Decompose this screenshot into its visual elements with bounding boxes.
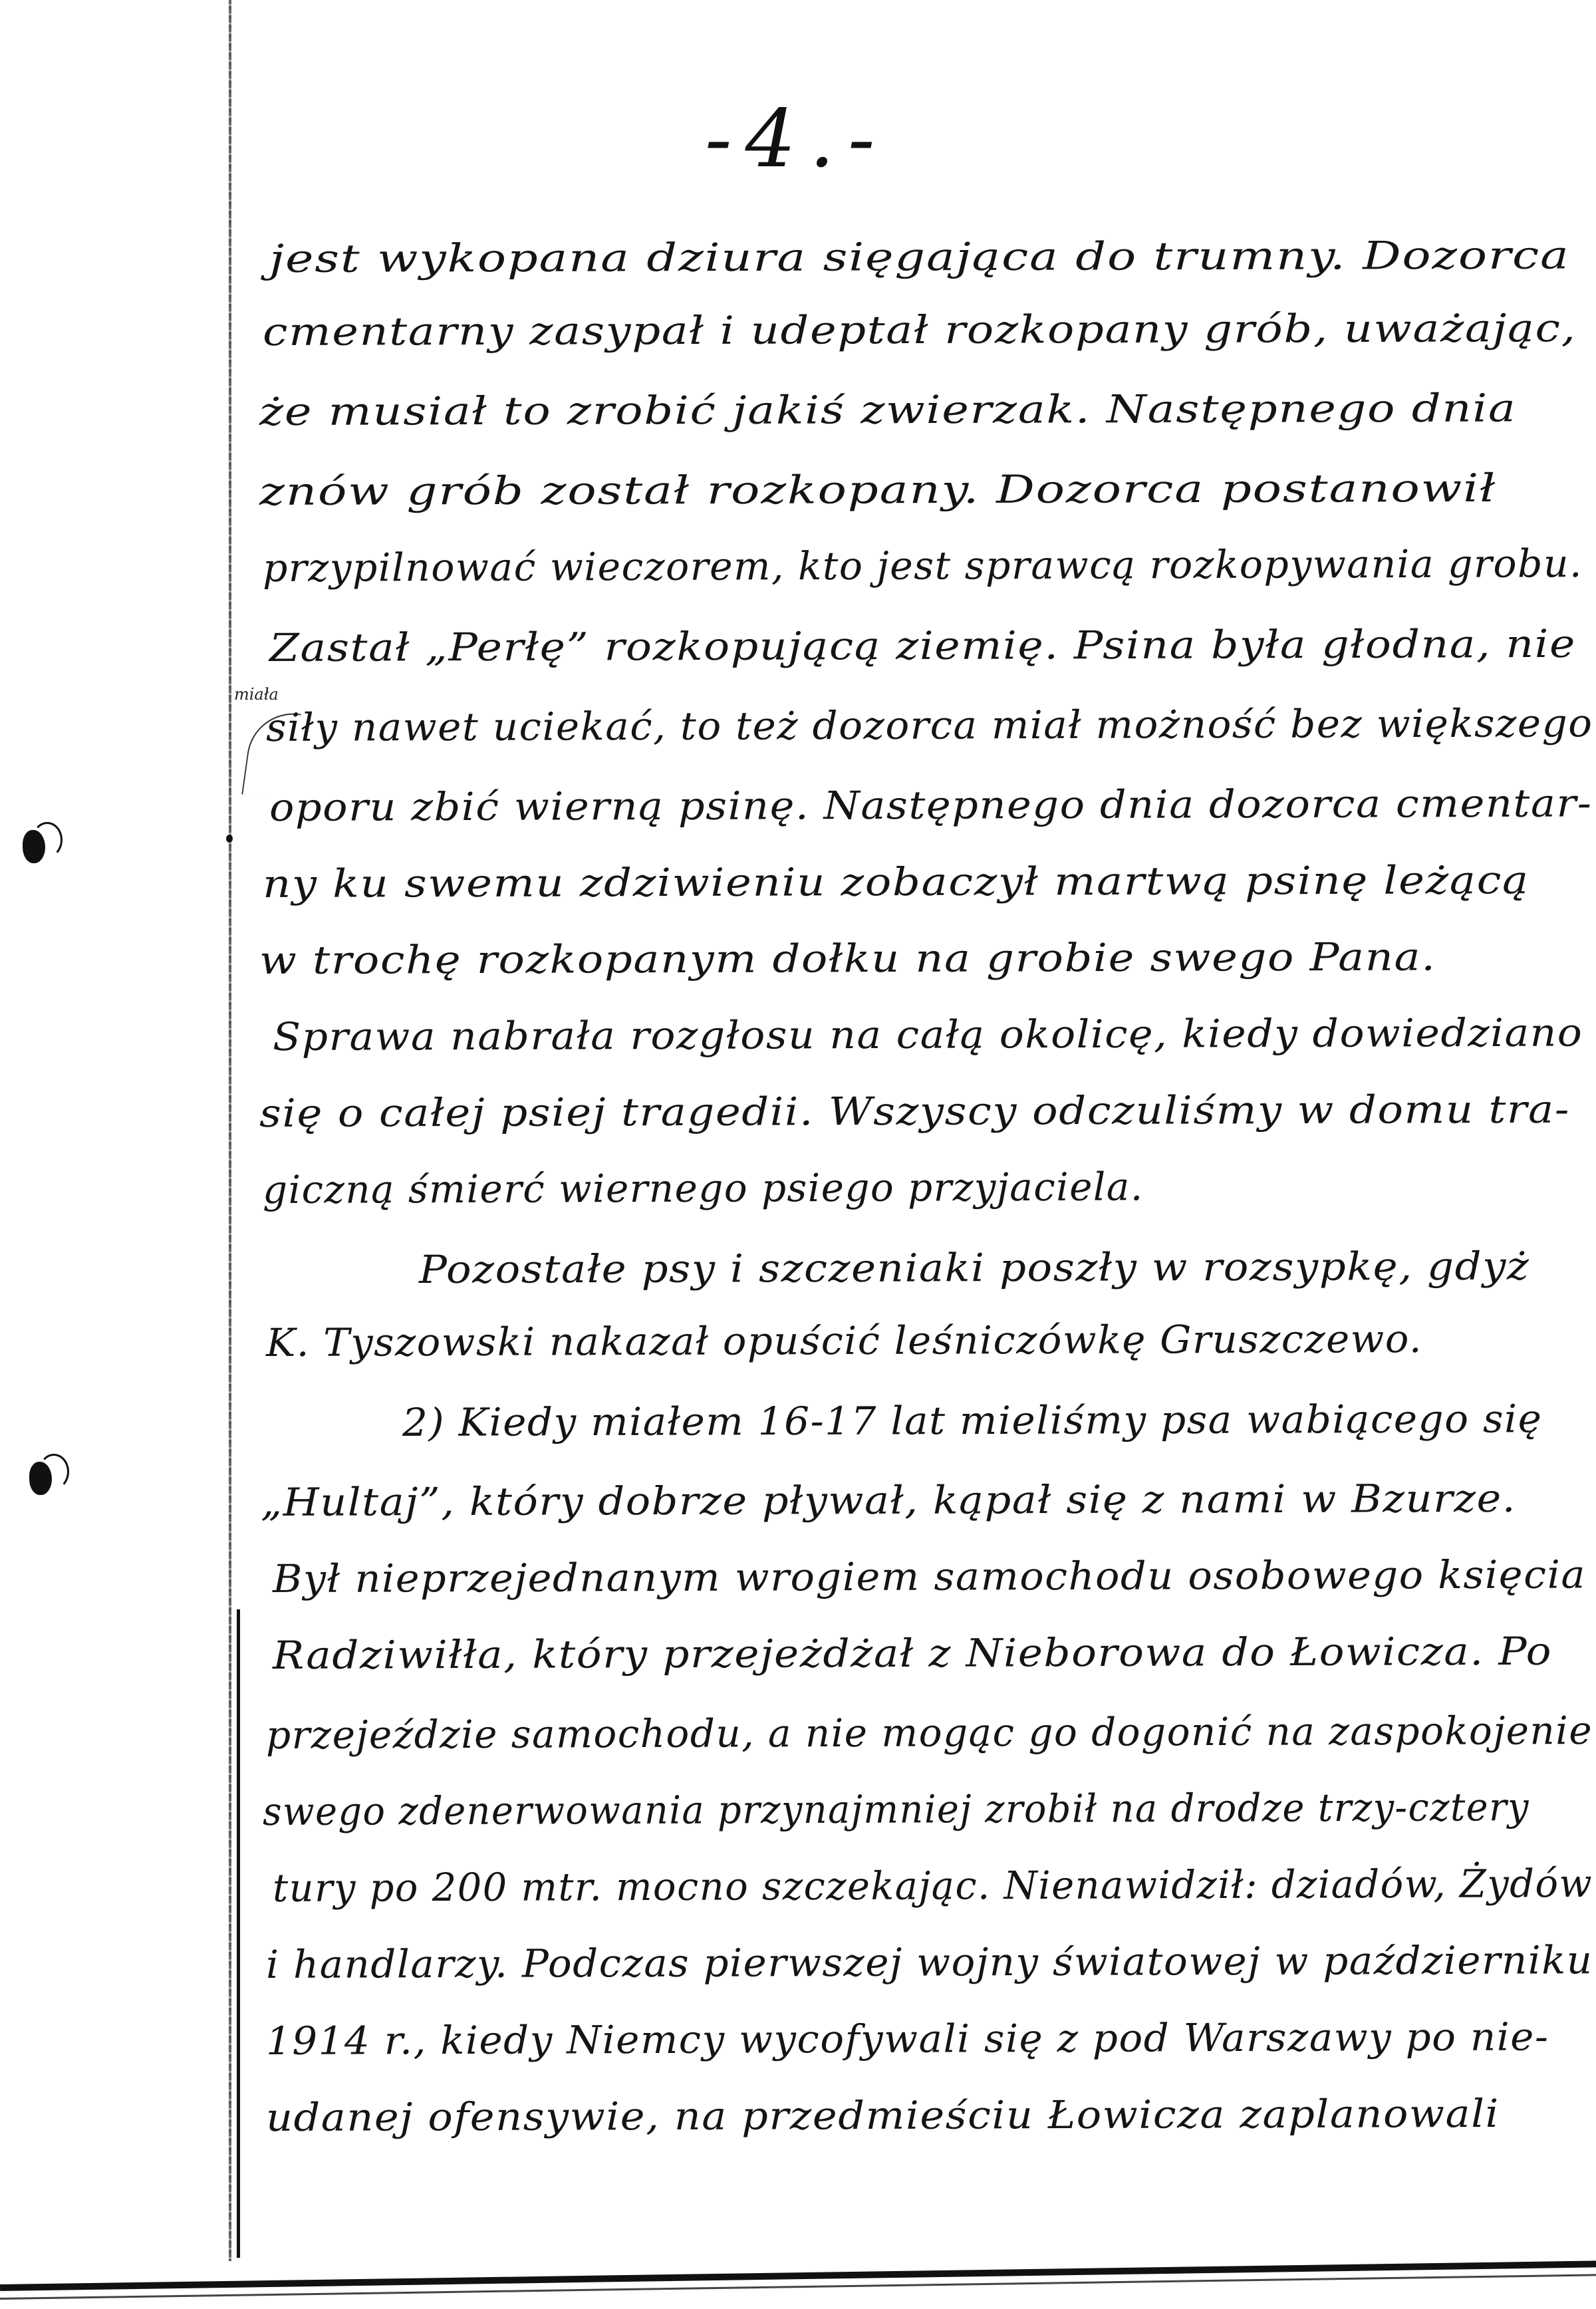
text-line: że musiał to zrobić jakiś zwierzak. Nast…	[259, 388, 1517, 431]
text-line: „Hultaj”, który dobrze pływał, kąpał się…	[261, 1479, 1516, 1522]
text-line: cmentarny zasypał i udeptał rozkopany gr…	[263, 309, 1577, 351]
text-line: w trochę rozkopanym dołku na grobie sweg…	[259, 938, 1436, 980]
text-line: tury po 200 mtr. mocno szczekając. Niena…	[273, 1864, 1593, 1907]
text-line: udanej ofensywie, na przedmieściu Łowicz…	[266, 2094, 1500, 2137]
text-line: Radziwiłła, który przejeżdżał z Nieborow…	[273, 1632, 1552, 1675]
text-line: przejeździe samochodu, a nie mogąc go do…	[266, 1711, 1593, 1754]
handwritten-text: jest wykopana dziura sięgająca do trumny…	[0, 0, 1596, 2309]
text-line: oporu zbić wierną psinę. Następnego dnia…	[269, 784, 1593, 827]
text-line: przypilnować wieczorem, kto jest sprawcą…	[263, 544, 1583, 587]
text-line: siły nawet uciekać, to też dozorca miał …	[266, 704, 1593, 747]
text-line: Pozostałe psy i szczeniaki poszły w rozs…	[419, 1247, 1530, 1289]
text-line: i handlarzy. Podczas pierwszej wojny świ…	[266, 1941, 1593, 1984]
text-line: swego zdenerwowania przynajmniej zrobił …	[263, 1788, 1529, 1831]
text-line: Sprawa nabrała rozgłosu na całą okolicę,…	[273, 1014, 1583, 1056]
text-line: giczną śmierć wiernego psiego przyjaciel…	[263, 1167, 1144, 1209]
text-line: ny ku swemu zdziwieniu zobaczył martwą p…	[263, 861, 1529, 903]
text-line: znów grób został rozkopany. Dozorca post…	[259, 469, 1496, 511]
text-line: Zastał „Perłę” rozkopującą ziemię. Psina…	[269, 624, 1576, 667]
text-line: K. Tyszowski nakazał opuścić leśniczówkę…	[266, 1319, 1422, 1362]
text-line: 1914 r., kiedy Niemcy wycofywali się z p…	[266, 2017, 1549, 2060]
text-line: Był nieprzejednanym wrogiem samochodu os…	[273, 1555, 1586, 1598]
text-line: 2) Kiedy miałem 16-17 lat mieliśmy psa w…	[402, 1399, 1543, 1442]
text-line: się o całej psiej tragedii. Wszyscy odcz…	[259, 1090, 1570, 1133]
text-line: jest wykopana dziura sięgająca do trumny…	[269, 235, 1570, 278]
manuscript-page: -4.- miała jest wykopana dziura sięgając…	[0, 0, 1596, 2309]
